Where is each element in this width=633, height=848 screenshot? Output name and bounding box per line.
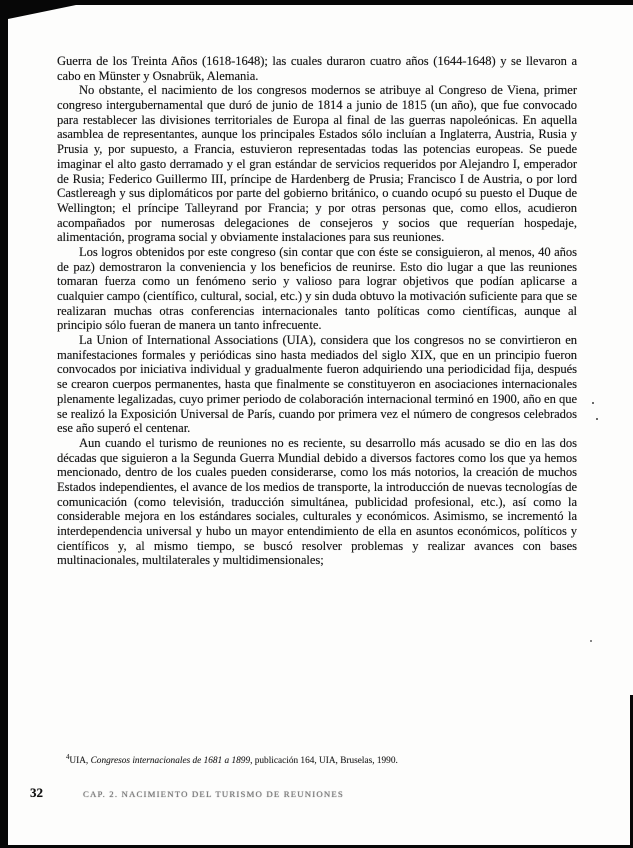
scan-edge-left (0, 0, 8, 848)
footnote-author: UIA, (69, 756, 90, 766)
scanned-book-page: Guerra de los Treinta Años (1618-1648); … (0, 0, 633, 848)
scan-noise-dot (596, 418, 598, 420)
body-text-column: Guerra de los Treinta Años (1618-1648); … (57, 54, 577, 568)
scan-noise-dot (590, 640, 592, 642)
paragraph: No obstante, el nacimiento de los congre… (57, 83, 577, 245)
scan-noise-dot (592, 402, 594, 404)
footnote-rest: , publicación 164, UIA, Bruselas, 1990. (250, 756, 398, 766)
scan-edge-top (0, 0, 633, 5)
footnote: 4UIA, Congresos internacionales de 1681 … (66, 756, 556, 767)
paragraph: La Union of International Associations (… (57, 333, 577, 436)
page-number: 32 (30, 785, 43, 801)
page-footer: 32 CAP. 2. NACIMIENTO DEL TURISMO DE REU… (30, 784, 590, 802)
footnote-title: Congresos internacionales de 1681 a 1899 (91, 756, 251, 766)
paragraph-continuation: Guerra de los Treinta Años (1618-1648); … (57, 54, 577, 83)
paragraph: Los logros obtenidos por este congreso (… (57, 245, 577, 333)
paragraph: Aun cuando el turismo de reuniones no es… (57, 436, 577, 568)
running-footer-title: CAP. 2. NACIMIENTO DEL TURISMO DE REUNIO… (83, 789, 344, 799)
scan-corner-wedge (8, 5, 76, 19)
